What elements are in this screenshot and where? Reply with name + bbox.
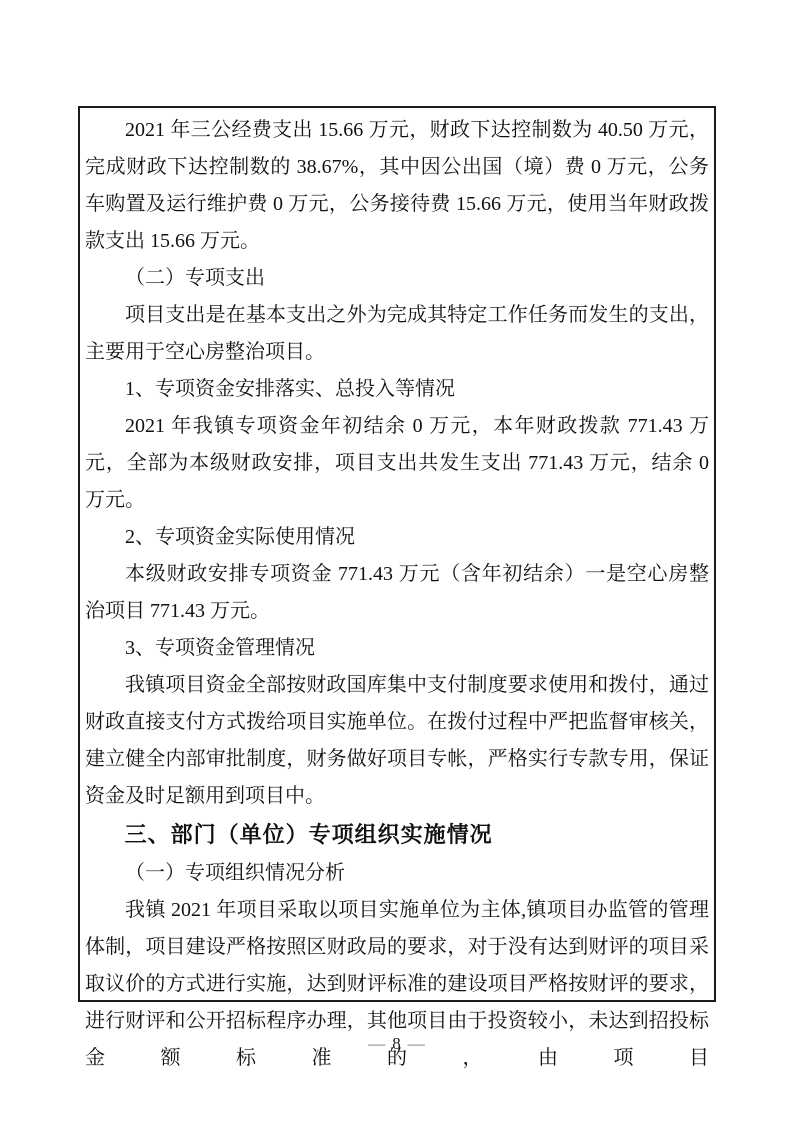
body-paragraph-project-expenditure-def: 项目支出是在基本支出之外为完成其特定工作任务而发生的支出，主要用于空心房整治项目… [85,297,709,371]
footer-dash-right: — [401,1034,432,1053]
list-heading-fund-arrangement: 1、专项资金安排落实、总投入等情况 [85,371,709,408]
page-footer: —8— [0,1034,793,1054]
list-heading-fund-actual-use: 2、专项资金实际使用情况 [85,519,709,556]
content-border-box: 2021 年三公经费支出 15.66 万元，财政下达控制数为 40.50 万元，… [78,106,716,1002]
section-heading-organization-implementation: 三、部门（单位）专项组织实施情况 [85,815,709,855]
document-page: 2021 年三公经费支出 15.66 万元，财政下达控制数为 40.50 万元，… [0,0,793,1122]
body-paragraph-fund-management-detail: 我镇项目资金全部按财政国库集中支付制度要求使用和拨付，通过财政直接支付方式拨给项… [85,667,709,815]
body-paragraph-fund-actual-use-detail: 本级财政安排专项资金 771.43 万元（含年初结余）一是空心房整治项目 771… [85,556,709,630]
body-paragraph-fund-arrangement-detail: 2021 年我镇专项资金年初结余 0 万元，本年财政拨款 771.43 万元，全… [85,408,709,519]
footer-dash-left: — [361,1034,392,1053]
list-heading-fund-management: 3、专项资金管理情况 [85,630,709,667]
subsection-heading-organization-analysis: （一）专项组织情况分析 [85,855,709,892]
body-paragraph-three-public-expense: 2021 年三公经费支出 15.66 万元，财政下达控制数为 40.50 万元，… [85,112,709,260]
subsection-heading-special-expenditure: （二）专项支出 [85,260,709,297]
page-number: 8 [392,1034,401,1053]
